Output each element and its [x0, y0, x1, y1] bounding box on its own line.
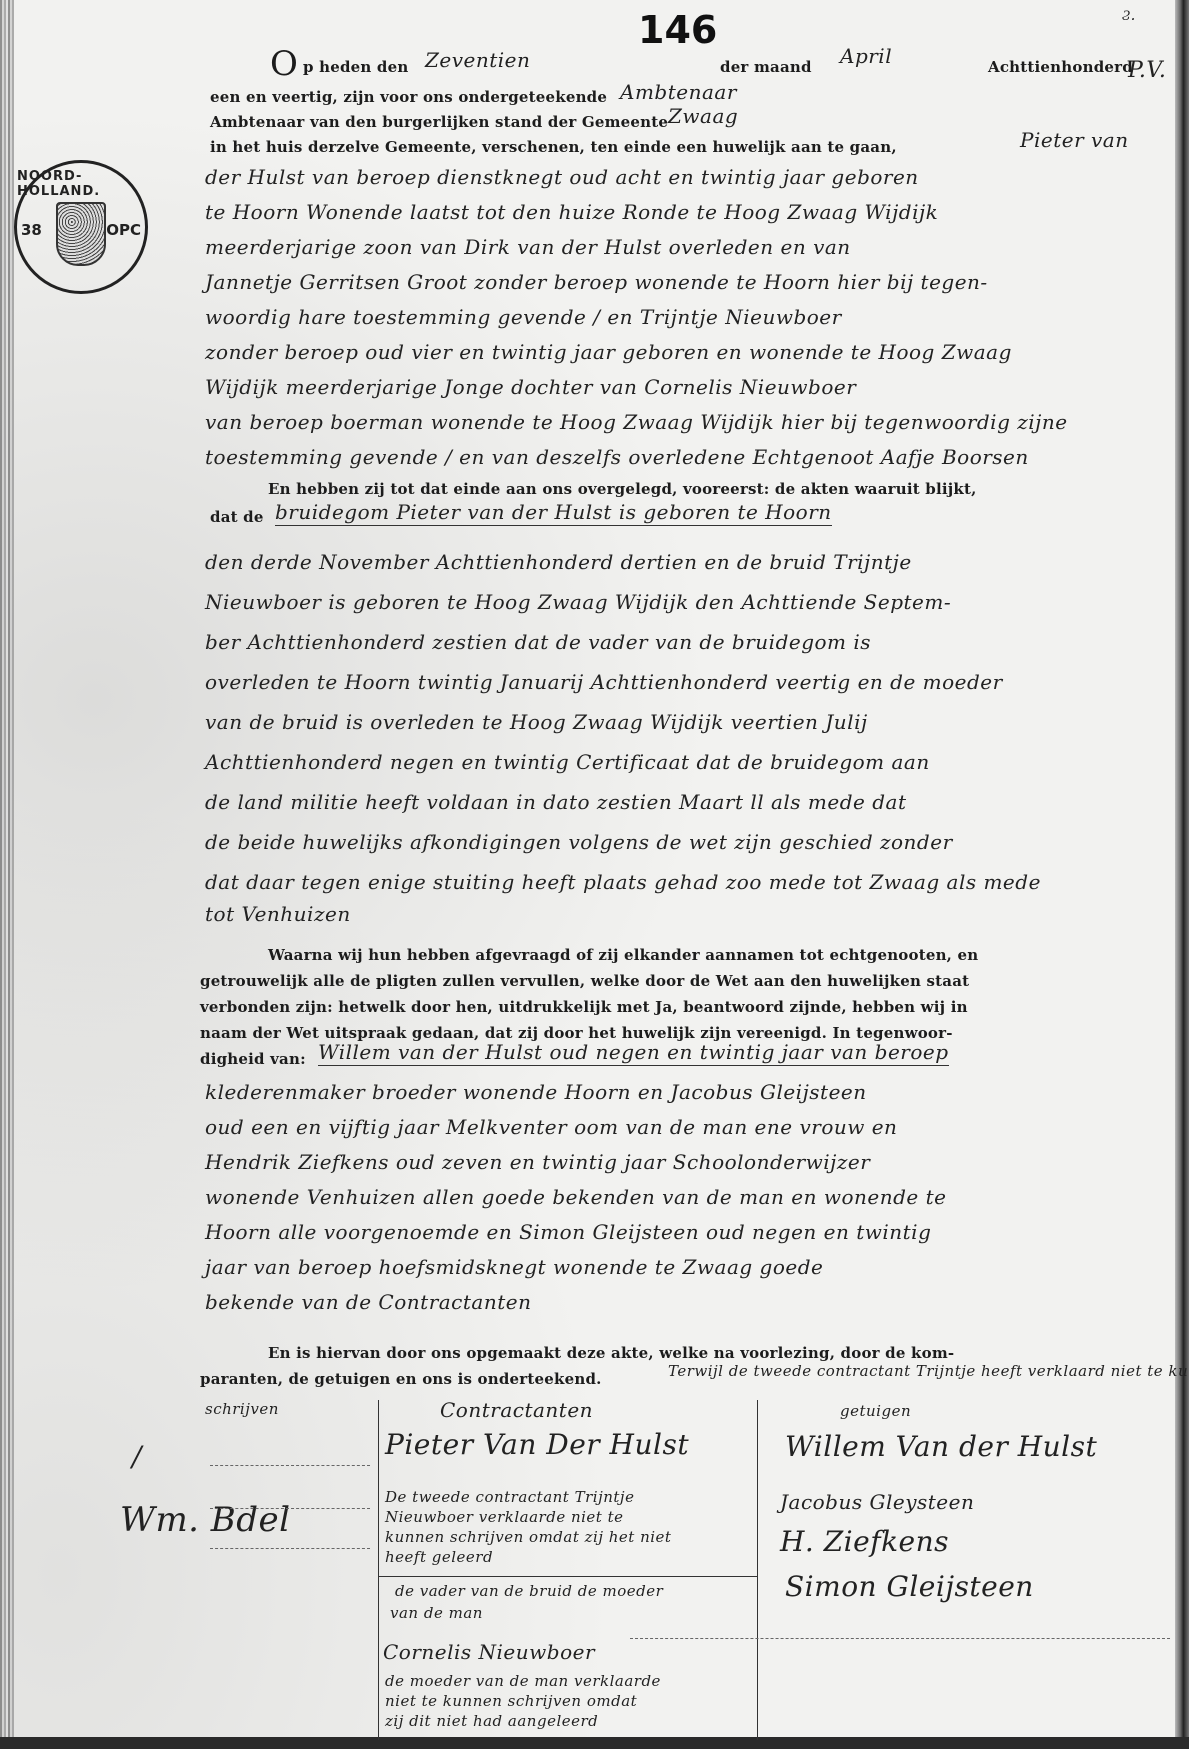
page-bottom-edge	[0, 1737, 1189, 1749]
groom-signature: Pieter Van Der Hulst	[385, 1428, 689, 1461]
bride-note-line-2: Nieuwboer verklaarde niet te	[385, 1508, 624, 1526]
handwritten-day: Zeventien	[425, 48, 530, 72]
para2-line-3: ber Achttienhonderd zestien dat de vader…	[205, 630, 871, 654]
bride-note-line-3: kunnen schrijven omdat zij het niet	[385, 1528, 671, 1546]
witness-signature-2: Jacobus Gleysteen	[780, 1490, 974, 1514]
para2-line-4: overleden te Hoorn twintig Januarij Acht…	[205, 670, 1003, 694]
witness-signature-3: H. Ziefkens	[780, 1525, 949, 1558]
stamp-left-text: 38	[21, 221, 42, 239]
witness-line-7: bekende van de Contractanten	[205, 1290, 531, 1314]
table-row-divider	[378, 1576, 758, 1578]
para2-line-10: tot Venhuizen	[205, 902, 351, 926]
witness-line-5: Hoorn alle voorgenoemde en Simon Gleijst…	[205, 1220, 931, 1244]
signature-line	[210, 1508, 370, 1510]
cornelis-signature: Cornelis Nieuwboer	[383, 1640, 595, 1664]
printed-para3-line-1: Waarna wij hun hebben afgevraagd of zij …	[268, 946, 978, 964]
printed-para2-line-1: En hebben zij tot dat einde aan ons over…	[268, 480, 977, 498]
para2-line-9: dat daar tegen enige stuiting heeft plaa…	[205, 870, 1041, 894]
witness-line-3: Hendrik Ziefkens oud zeven en twintig ja…	[205, 1150, 870, 1174]
official-signature: Wm. Bdel	[120, 1500, 291, 1540]
para2-bridegroom-text: bruidegom Pieter van der Hulst is gebore…	[275, 500, 832, 526]
bride-note-line-1: De tweede contractant Trijntje	[385, 1488, 634, 1506]
page-binding-edge	[0, 0, 14, 1749]
printed-para3-line-2: getrouwelijk alle de pligten zullen verv…	[200, 972, 969, 990]
printed-para3-line-3: verbonden zijn: hetwelk door hen, uitdru…	[200, 998, 968, 1016]
coat-of-arms-icon	[56, 202, 106, 266]
printed-line-1: p heden den	[303, 58, 408, 76]
signature-line	[210, 1465, 370, 1467]
printed-line-4: in het huis derzelve Gemeente, verschene…	[210, 138, 897, 156]
left-schrijven-note: schrijven	[205, 1400, 279, 1418]
printed-line-3: Ambtenaar van den burgerlijken stand der…	[210, 113, 668, 131]
printed-para2-line-2: dat de	[210, 508, 264, 526]
witness-signature-4: Simon Gleijsteen	[785, 1570, 1034, 1603]
groom-line-5: woordig hare toestemming gevende / en Tr…	[205, 305, 842, 329]
bride-line-4: toestemming gevende / en van deszelfs ov…	[205, 445, 1029, 469]
record-number: 146	[638, 8, 717, 52]
groom-line-3: meerderjarige zoon van Dirk van der Huls…	[205, 235, 851, 259]
scanned-document-page: 146 Ϩ. P.V. NOORD-HOLLAND. 38 OPC O p he…	[0, 0, 1189, 1749]
stamp-arc-text: NOORD-HOLLAND.	[17, 169, 145, 199]
signature-line	[210, 1548, 370, 1550]
handwritten-municipality: Zwaag	[668, 104, 738, 128]
printed-achttienhonderd: Achttienhonderd	[988, 58, 1133, 76]
page-right-edge	[1175, 0, 1189, 1749]
table-divider-middle	[757, 1400, 758, 1740]
bride-line-1: zonder beroep oud vier en twintig jaar g…	[205, 340, 1012, 364]
noord-holland-stamp: NOORD-HOLLAND. 38 OPC	[14, 160, 148, 294]
printed-para4-line-1: En is hiervan door ons opgemaakt deze ak…	[268, 1344, 954, 1362]
witnesses-start: Willem van der Hulst oud negen en twinti…	[318, 1040, 949, 1066]
handwritten-groom-start: Pieter van	[1020, 128, 1129, 152]
stamp-right-text: OPC	[106, 221, 141, 239]
witness-signature-1: Willem Van der Hulst	[785, 1430, 1097, 1463]
mother-note-line-2: niet te kunnen schrijven omdat	[385, 1692, 637, 1710]
corner-mark: Ϩ.	[1122, 6, 1136, 25]
mother-note-line-3: zij dit niet had aangeleerd	[385, 1712, 598, 1730]
para2-line-6: Achttienhonderd negen en twintig Certifi…	[205, 750, 930, 774]
para4-handwritten-note: Terwijl de tweede contractant Trijntje h…	[668, 1362, 1189, 1380]
para2-line-7: de land militie heeft voldaan in dato ze…	[205, 790, 907, 814]
witness-line-1: klederenmaker broeder wonende Hoorn en J…	[205, 1080, 867, 1104]
bride-line-2: Wijdijk meerderjarige Jonge dochter van …	[205, 375, 856, 399]
printed-para3-line-5: digheid van:	[200, 1050, 306, 1068]
table-divider-left	[378, 1400, 379, 1740]
groom-line-4: Jannetje Gerritsen Groot zonder beroep w…	[205, 270, 988, 294]
handwritten-official: Ambtenaar	[620, 80, 737, 104]
handwritten-month: April	[840, 44, 892, 68]
father-note-line-1: de vader van de bruid de moeder	[395, 1582, 663, 1600]
contractanten-header: Contractanten	[440, 1398, 593, 1422]
corner-initials: P.V.	[1128, 58, 1166, 83]
drop-cap-o: O	[270, 44, 298, 84]
witness-line-6: jaar van beroep hoefsmidsknegt wonende t…	[205, 1255, 823, 1279]
para2-line-2: Nieuwboer is geboren te Hoog Zwaag Wijdi…	[205, 590, 951, 614]
bride-line-3: van beroep boerman wonende te Hoog Zwaag…	[205, 410, 1068, 434]
witness-line-4: wonende Venhuizen allen goede bekenden v…	[205, 1185, 946, 1209]
father-note-line-2: van de man	[390, 1604, 483, 1622]
signature-line	[630, 1638, 1170, 1640]
para2-line-5: van de bruid is overleden te Hoog Zwaag …	[205, 710, 868, 734]
witness-line-2: oud een en vijftig jaar Melkventer oom v…	[205, 1115, 897, 1139]
para2-line-8: de beide huwelijks afkondigingen volgens…	[205, 830, 953, 854]
mother-note-line-1: de moeder van de man verklaarde	[385, 1672, 661, 1690]
printed-der-maand: der maand	[720, 58, 812, 76]
bride-note-line-4: heeft geleerd	[385, 1548, 493, 1566]
left-mark: /	[132, 1440, 142, 1473]
groom-line-1: der Hulst van beroep dienstknegt oud ach…	[205, 165, 919, 189]
groom-line-2: te Hoorn Wonende laatst tot den huize Ro…	[205, 200, 938, 224]
getuigen-header: getuigen	[840, 1402, 911, 1420]
para2-line-1: den derde November Achttienhonderd derti…	[205, 550, 912, 574]
printed-line-2: een en veertig, zijn voor ons ondergetee…	[210, 88, 607, 106]
printed-para4-line-2: paranten, de getuigen en ons is ondertee…	[200, 1370, 602, 1388]
